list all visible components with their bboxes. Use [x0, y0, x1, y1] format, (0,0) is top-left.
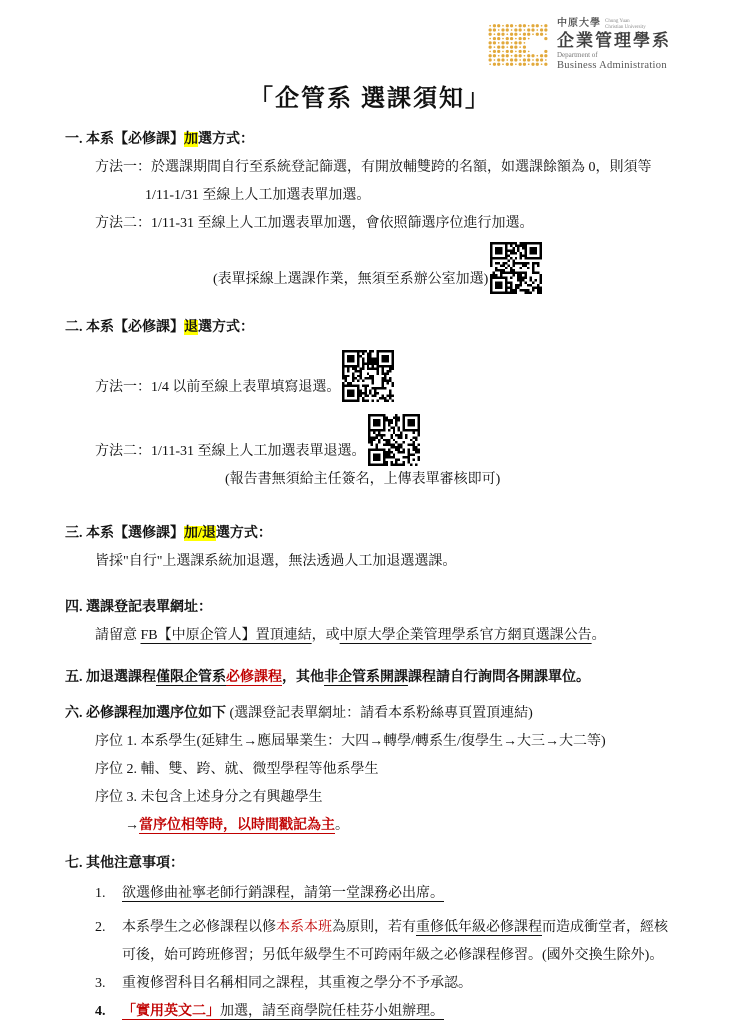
section-1-note: (表單採線上選課作業，無須至系辦公室加選) — [213, 266, 488, 294]
logo-mark-icon — [488, 23, 548, 67]
priority-2: 序位 2. 輔、雙、跨、就、微型學程等他系學生 — [95, 756, 675, 784]
practical-english-emphasis: 「實用英文二」 — [122, 1004, 220, 1019]
section-4-heading: 四. 選課登記表單網址： — [65, 594, 675, 622]
section-2-method-2: 方法二：1/11-31 至線上人工加選表單退選。 — [95, 438, 366, 466]
required-course-emphasis: 必修課程 — [226, 670, 282, 685]
section-3-body: 皆採"自行"上選課系統加退選，無法透過人工加退選選課。 — [95, 548, 675, 576]
note-item-2: 2. 本系學生之必修課程以修本系本班為原則，若有重修低年級必修課程而造成衝堂者，… — [95, 914, 675, 970]
official-site-link-text: 中原大學企業管理學系官方網頁選課公告 — [340, 628, 592, 643]
section-1-note-row: (表單採線上選課作業，無須至系辦公室加選) — [213, 238, 675, 294]
priority-1: 序位 1. 本系學生(延肄生→應屆畢業生：大四→轉學/轉系生/復學生→大三→大二… — [95, 728, 675, 756]
section-1-method-1-line-2: 1/11-1/31 至線上人工加選表單加選。 — [145, 182, 675, 210]
section-2-method-2-row: 方法二：1/11-31 至線上人工加選表單退選。 — [95, 410, 675, 466]
note-item-1: 1. 欲選修曲祉寧老師行銷課程，請第一堂課務必出席。 — [95, 880, 675, 908]
section-2-method-1: 方法一：1/4 以前至線上表單填寫退選。 — [95, 374, 340, 402]
section-2-note: (報告書無須給主任簽名，上傳表單審核即可) — [225, 466, 675, 494]
note-item-2-line-1: 本系學生之必修課程以修本系本班為原則，若有重修低年級必修課程而造成衝堂者，經核 — [122, 914, 668, 942]
note-item-4: 4. 「實用英文二」加選，請至商學院任桂芬小姐辦理。 — [95, 998, 675, 1026]
section-1-method-1-line-1: 方法一：於選課期間自行至系統登記篩選，有開放輔雙跨的名額，如選課餘額為 0，則須… — [95, 154, 675, 182]
document-page: 中原大學 Chung Yuan Christian University 企業管… — [0, 0, 729, 1030]
section-6-heading: 六. 必修課程加選序位如下 (選課登記表單網址：請看本系粉絲專頁置頂連結) — [65, 700, 675, 728]
section-2-heading: 二. 本系【必修課】退選方式： — [65, 314, 675, 342]
highlight-drop: 退 — [184, 320, 198, 335]
university-name: 中原大學 — [557, 19, 601, 30]
section-5: 五. 加退選課程僅限企管系必修課程，其他非企管系開課課程請自行詢問各開課單位。 — [65, 664, 675, 692]
highlight-add-drop: 加/退 — [184, 526, 216, 541]
section-1-method-2: 方法二：1/11-31 至線上人工加選表單加選，會依照篩選序位進行加選。 — [95, 210, 675, 238]
note-item-3: 3. 重複修習科目名稱相同之課程，其重複之學分不予承認。 — [95, 970, 675, 998]
qr-code — [368, 414, 420, 466]
section-2-method-1-row: 方法一：1/4 以前至線上表單填寫退選。 — [95, 346, 675, 402]
section-7-heading: 七. 其他注意事項： — [65, 850, 675, 878]
section-3-heading: 三. 本系【選修課】加/退選方式： — [65, 520, 675, 548]
fb-link-text: FB【中原企管人】置頂連結 — [141, 628, 312, 643]
note-item-2-line-2: 可後，始可跨班修習；另低年級學生不可跨兩年級之必修課程修習。(國外交換生除外)。 — [122, 942, 668, 970]
department-name: 企業管理學系 — [557, 32, 671, 50]
priority-3: 序位 3. 未包含上述身分之有興趣學生 — [95, 784, 675, 812]
qr-code — [490, 242, 542, 294]
department-name-en-line2: Business Administration — [557, 60, 671, 71]
highlight-add: 加 — [184, 132, 198, 147]
tiebreak-note: →當序位相等時，以時間戳記為主。 — [125, 812, 675, 840]
arrow-glyph: → — [125, 818, 139, 833]
university-name-en: Chung Yuan Christian University — [605, 19, 646, 30]
page-title: 「企管系 選課須知」 — [65, 82, 675, 116]
section-4-body: 請留意 FB【中原企管人】置頂連結，或中原大學企業管理學系官方網頁選課公告。 — [95, 622, 675, 650]
department-name-en-line1: Department of — [557, 52, 671, 59]
university-logo: 中原大學 Chung Yuan Christian University 企業管… — [65, 14, 671, 76]
qr-code — [342, 350, 394, 402]
own-class-emphasis: 本系本班 — [276, 920, 332, 935]
logo-text-block: 中原大學 Chung Yuan Christian University 企業管… — [557, 19, 671, 70]
section-1-heading: 一. 本系【必修課】加選方式： — [65, 126, 675, 154]
